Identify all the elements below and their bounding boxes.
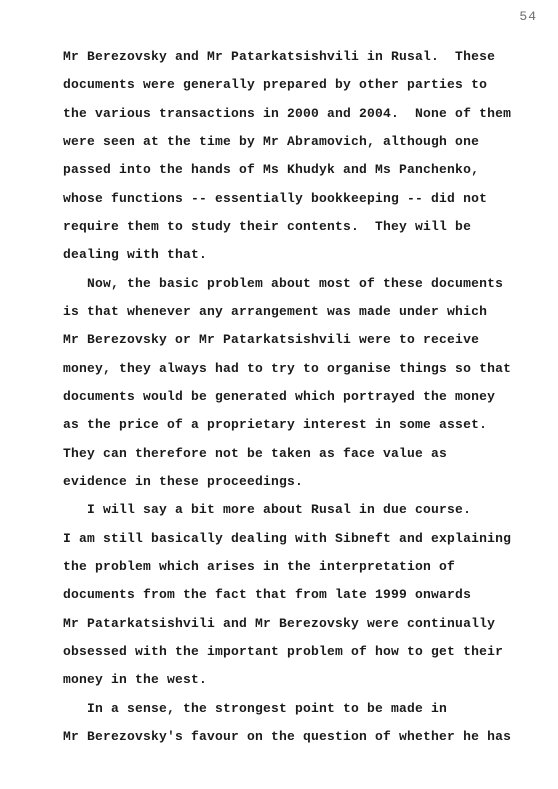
transcript-line: In a sense, the strongest point to be ma… (63, 695, 511, 723)
transcript-line: documents from the fact that from late 1… (63, 581, 511, 609)
transcript-line: Mr Patarkatsishvili and Mr Berezovsky we… (63, 610, 511, 638)
transcript-line: documents were generally prepared by oth… (63, 71, 511, 99)
transcript-line: as the price of a proprietary interest i… (63, 411, 511, 439)
transcript-text: Mr Berezovsky and Mr Patarkatsishvili in… (63, 43, 511, 751)
transcript-line: Mr Berezovsky and Mr Patarkatsishvili in… (63, 43, 511, 71)
transcript-line: were seen at the time by Mr Abramovich, … (63, 128, 511, 156)
transcript-line: They can therefore not be taken as face … (63, 440, 511, 468)
transcript-line: Mr Berezovsky or Mr Patarkatsishvili wer… (63, 326, 511, 354)
transcript-line: the various transactions in 2000 and 200… (63, 100, 511, 128)
transcript-line: Now, the basic problem about most of the… (63, 270, 511, 298)
transcript-line: documents would be generated which portr… (63, 383, 511, 411)
transcript-line: require them to study their contents. Th… (63, 213, 511, 241)
transcript-line: I am still basically dealing with Sibnef… (63, 525, 511, 553)
transcript-line: obsessed with the important problem of h… (63, 638, 511, 666)
transcript-page: 54 Mr Berezovsky and Mr Patarkatsishvili… (0, 0, 558, 789)
transcript-line: I will say a bit more about Rusal in due… (63, 496, 511, 524)
transcript-line: money, they always had to try to organis… (63, 355, 511, 383)
page-number: 54 (519, 9, 537, 24)
transcript-line: passed into the hands of Ms Khudyk and M… (63, 156, 511, 184)
transcript-line: whose functions -- essentially bookkeepi… (63, 185, 511, 213)
transcript-line: evidence in these proceedings. (63, 468, 511, 496)
transcript-line: dealing with that. (63, 241, 511, 269)
transcript-line: the problem which arises in the interpre… (63, 553, 511, 581)
transcript-line: money in the west. (63, 666, 511, 694)
transcript-line: is that whenever any arrangement was mad… (63, 298, 511, 326)
transcript-line: Mr Berezovsky's favour on the question o… (63, 723, 511, 751)
